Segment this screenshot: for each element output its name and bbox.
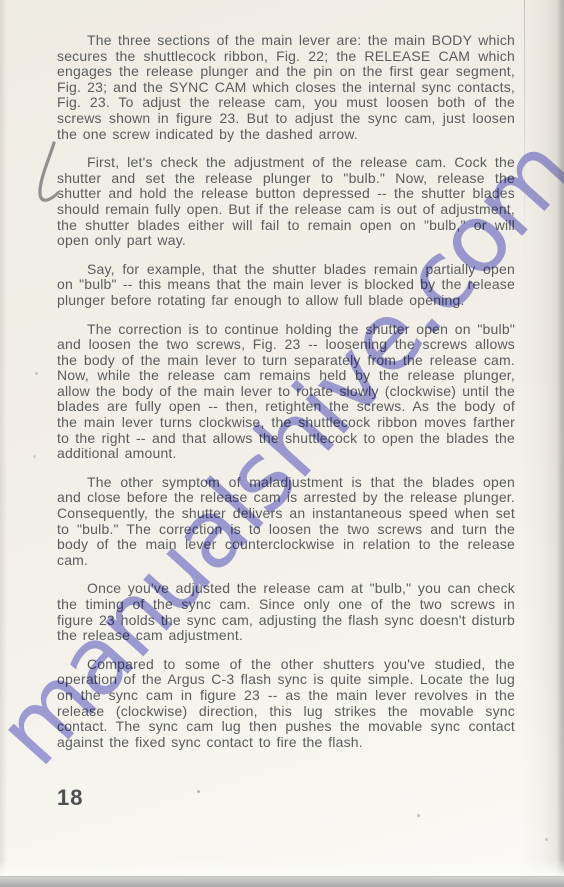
- paragraph-partial-open-symptom: Say, for example, that the shutter blade…: [57, 262, 515, 309]
- paragraph-sync-cam-timing: Once you've adjusted the release cam at …: [57, 581, 515, 643]
- page-bottom-highlight: [0, 860, 564, 877]
- scan-edge-right: [522, 0, 564, 887]
- paragraph-main-lever-sections: The three sections of the main lever are…: [57, 33, 515, 142]
- scanned-manual-page: The three sections of the main lever are…: [0, 0, 564, 887]
- scan-edge-bottom: [0, 876, 564, 887]
- pen-checkmark-icon: [30, 140, 64, 210]
- paragraph-correction-procedure: The correction is to continue holding th…: [57, 322, 515, 462]
- paragraph-other-symptom: The other symptom of maladjustment is th…: [57, 475, 515, 569]
- paragraph-release-cam-check: First, let's check the adjustment of the…: [57, 155, 515, 249]
- page-text-column: The three sections of the main lever are…: [57, 33, 515, 763]
- page-number: 18: [57, 785, 83, 811]
- paragraph-flash-sync-operation: Compared to some of the other shutters y…: [57, 657, 515, 751]
- scan-speckles: [197, 790, 200, 793]
- scan-edge-left: [0, 0, 7, 887]
